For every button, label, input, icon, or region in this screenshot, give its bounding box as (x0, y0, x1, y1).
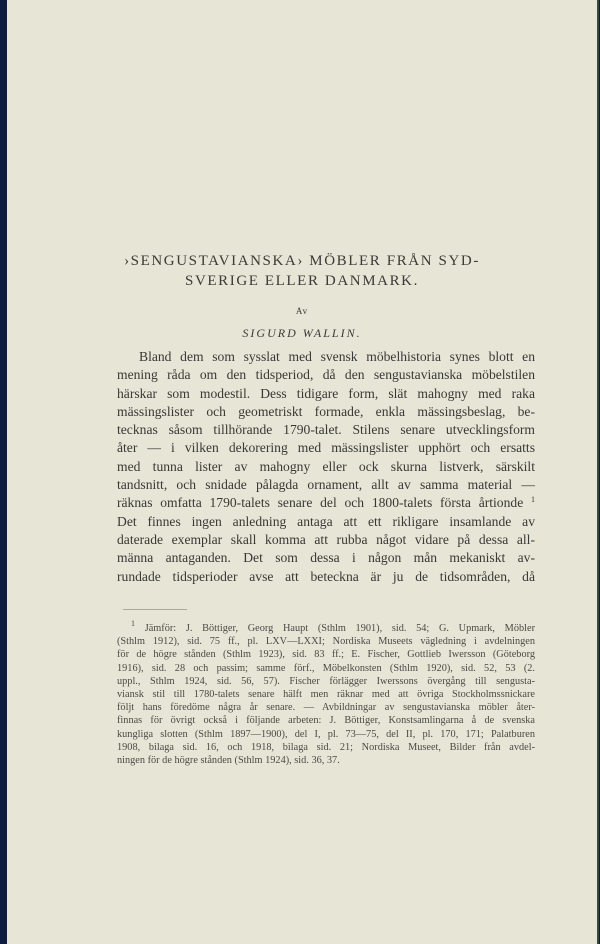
body-line: tandsnitt, och snidade pålagda ornament,… (117, 476, 535, 494)
article-title-line-2: SVERIGE ELLER DANMARK. (7, 271, 597, 291)
footnote-marker: 1 (131, 619, 135, 628)
footnote-line: uppl., Sthlm 1924, sid. 56, 57). Fischer… (117, 675, 535, 688)
body-line: med tunna lister av mahogny eller ock sk… (117, 458, 535, 476)
footnote-line: för de högre stånden (Sthlm 1923), sid. … (117, 648, 535, 661)
byline: Av (7, 305, 597, 317)
footnote-line: 1 Jämför: J. Böttiger, Georg Haupt (Sthl… (117, 622, 535, 635)
body-line: tecknas såsom tillhörande 1790-talet. St… (117, 421, 535, 439)
article-title-line-1: ›SENGUSTAVIANSKA› MÖBLER FRÅN SYD- (7, 251, 597, 271)
footnote-line: kungliga slotten (Sthlm 1897—1900), del … (117, 728, 535, 741)
footnote-reference[interactable]: 1 (531, 495, 535, 504)
footnote-block: 1 Jämför: J. Böttiger, Georg Haupt (Sthl… (117, 622, 535, 767)
footnote-divider (123, 609, 187, 610)
footnote-line-text: Jämför: J. Böttiger, Georg Haupt (Sthlm … (145, 623, 535, 634)
body-line: männa antaganden. Det som dessa i någon … (117, 549, 535, 567)
body-line-with-footnote: räknas omfatta 1790-talets senare del oc… (117, 494, 535, 512)
footnote-line: ningen för de högre stånden (Sthlm 1924)… (117, 754, 535, 767)
author-name: SIGURD WALLIN. (7, 325, 597, 341)
body-line: åter — i vilken dekorering med mässingsl… (117, 439, 535, 457)
footnote-line: viansk stil till 1780-talets senare hälf… (117, 688, 535, 701)
article-header: ›SENGUSTAVIANSKA› MÖBLER FRÅN SYD- SVERI… (7, 251, 597, 341)
body-line: härskar som modestil. Dess tidigare form… (117, 385, 535, 403)
body-line: mässingslister och geometriskt formade, … (117, 403, 535, 421)
body-line: mening råda om den tidsperiod, då den se… (117, 366, 535, 384)
body-line-text: räknas omfatta 1790-talets senare del oc… (117, 495, 523, 510)
footnote-line: följt hans föredöme några år senare. — A… (117, 701, 535, 714)
body-line: Det finnes ingen anledning antaga att et… (117, 513, 535, 531)
document-page: ›SENGUSTAVIANSKA› MÖBLER FRÅN SYD- SVERI… (7, 0, 599, 944)
footnote-line: (Sthlm 1912), sid. 75 ff., pl. LXV—LXXI;… (117, 635, 535, 648)
body-line: daterade exemplar skall komma att rubba … (117, 531, 535, 549)
footnote-line: 1908, bilaga sid. 16, och 1918, bilaga s… (117, 741, 535, 754)
footnote-line: 1916), sid. 28 och passim; samme förf., … (117, 662, 535, 675)
footnote-line: finnas för övrigt också i följande arbet… (117, 714, 535, 727)
body-line: rundade tidsperioder avse att beteckna ä… (117, 568, 535, 586)
body-paragraph: Bland dem som sysslat med svensk möbelhi… (117, 348, 535, 586)
body-line: Bland dem som sysslat med svensk möbelhi… (117, 348, 535, 366)
